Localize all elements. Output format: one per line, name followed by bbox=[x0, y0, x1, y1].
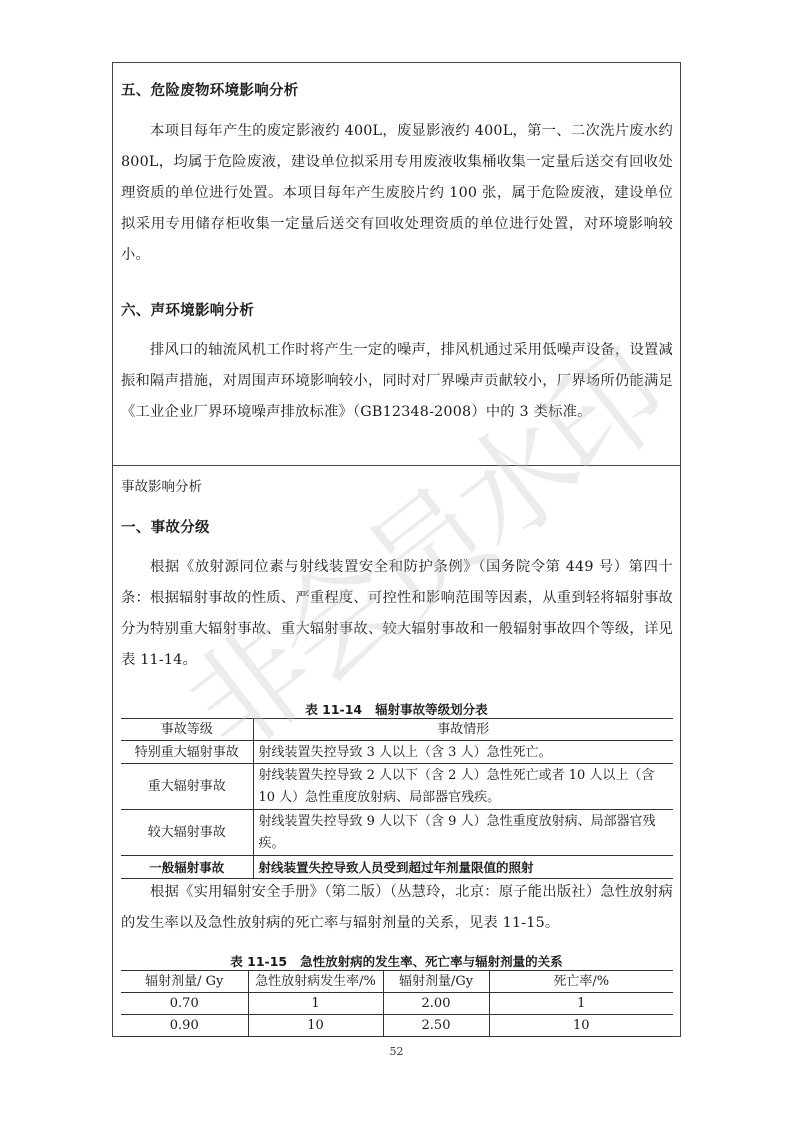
accident-paragraph-1: 根据《放射源同位素与射线装置安全和防护条例》（国务院令第 449 号）第四十条：… bbox=[121, 552, 673, 676]
table-header-cell: 辐射剂量/Gy bbox=[383, 971, 489, 993]
table-header-cell: 辐射剂量/ Gy bbox=[121, 971, 248, 993]
table-cell-level: 较大辐射事故 bbox=[121, 810, 253, 856]
table-cell-level: 一般辐射事故 bbox=[121, 856, 253, 879]
table-cell-description: 射线装置失控导致 9 人以下（含 9 人）急性重度放射病、局部器官残疾。 bbox=[253, 810, 673, 856]
table-cell: 2.50 bbox=[383, 1015, 489, 1037]
table-row: 较大辐射事故 射线装置失控导致 9 人以下（含 9 人）急性重度放射病、局部器官… bbox=[121, 810, 673, 856]
table-header-cell: 事故情形 bbox=[253, 719, 673, 741]
section6-paragraph: 排风口的轴流风机工作时将产生一定的噪声，排风机通过采用低噪声设备，设置减振和隔声… bbox=[121, 335, 673, 428]
table-cell: 1 bbox=[248, 993, 383, 1015]
table-cell: 10 bbox=[248, 1015, 383, 1037]
page-number: 52 bbox=[0, 1045, 793, 1058]
table-cell: 10 bbox=[489, 1015, 673, 1037]
table-row: 0.90 10 2.50 10 bbox=[121, 1015, 673, 1037]
table15-caption: 表 11-15 急性放射病的发生率、死亡率与辐射剂量的关系 bbox=[113, 952, 680, 970]
section5-heading: 五、危险废物环境影响分析 bbox=[121, 79, 299, 100]
table-cell-description: 射线装置失控导致 2 人以下（含 2 人）急性死亡或者 10 人以上（含 10 … bbox=[253, 764, 673, 810]
table-11-15: 辐射剂量/ Gy 急性放射病发生率/% 辐射剂量/Gy 死亡率/% 0.70 1… bbox=[121, 970, 673, 1037]
accident-sub-heading: 一、事故分级 bbox=[121, 516, 210, 537]
accident-paragraph-2: 根据《实用辐射安全手册》（第二版）（丛慧玲，北京：原子能出版社）急性放射病的发生… bbox=[121, 877, 673, 939]
table-header-cell: 事故等级 bbox=[121, 719, 253, 741]
accident-analysis-cell: 事故影响分析 一、事故分级 根据《放射源同位素与射线装置安全和防护条例》（国务院… bbox=[113, 466, 680, 1036]
table-cell-description: 射线装置失控导致 3 人以上（含 3 人）急性死亡。 bbox=[253, 741, 673, 764]
table-row: 一般辐射事故 射线装置失控导致人员受到超过年剂量限值的照射 bbox=[121, 856, 673, 879]
table-cell-level: 特别重大辐射事故 bbox=[121, 741, 253, 764]
section5-paragraph: 本项目每年产生的废定影液约 400L，废显影液约 400L，第一、二次洗片废水约… bbox=[121, 116, 673, 271]
content-frame: 五、危险废物环境影响分析 本项目每年产生的废定影液约 400L，废显影液约 40… bbox=[112, 62, 681, 1037]
section6-heading: 六、声环境影响分析 bbox=[121, 299, 254, 320]
table-row: 0.70 1 2.00 1 bbox=[121, 993, 673, 1015]
table-header-row: 辐射剂量/ Gy 急性放射病发生率/% 辐射剂量/Gy 死亡率/% bbox=[121, 971, 673, 993]
table14-caption: 表 11-14 辐射事故等级划分表 bbox=[113, 700, 680, 718]
table-header-cell: 急性放射病发生率/% bbox=[248, 971, 383, 993]
table-cell: 0.90 bbox=[121, 1015, 248, 1037]
document-page: 五、危险废物环境影响分析 本项目每年产生的废定影液约 400L，废显影液约 40… bbox=[0, 0, 793, 1122]
table-row: 特别重大辐射事故 射线装置失控导致 3 人以上（含 3 人）急性死亡。 bbox=[121, 741, 673, 764]
table-header-cell: 死亡率/% bbox=[489, 971, 673, 993]
table-cell: 2.00 bbox=[383, 993, 489, 1015]
table-cell: 1 bbox=[489, 993, 673, 1015]
environment-impact-cell: 五、危险废物环境影响分析 本项目每年产生的废定影液约 400L，废显影液约 40… bbox=[113, 63, 680, 466]
table-header-row: 事故等级 事故情形 bbox=[121, 719, 673, 741]
accident-title: 事故影响分析 bbox=[121, 475, 202, 495]
table-cell-description: 射线装置失控导致人员受到超过年剂量限值的照射 bbox=[253, 856, 673, 879]
table-11-14: 事故等级 事故情形 特别重大辐射事故 射线装置失控导致 3 人以上（含 3 人）… bbox=[121, 718, 673, 879]
table-cell-level: 重大辐射事故 bbox=[121, 764, 253, 810]
table-cell: 0.70 bbox=[121, 993, 248, 1015]
table-row: 重大辐射事故 射线装置失控导致 2 人以下（含 2 人）急性死亡或者 10 人以… bbox=[121, 764, 673, 810]
